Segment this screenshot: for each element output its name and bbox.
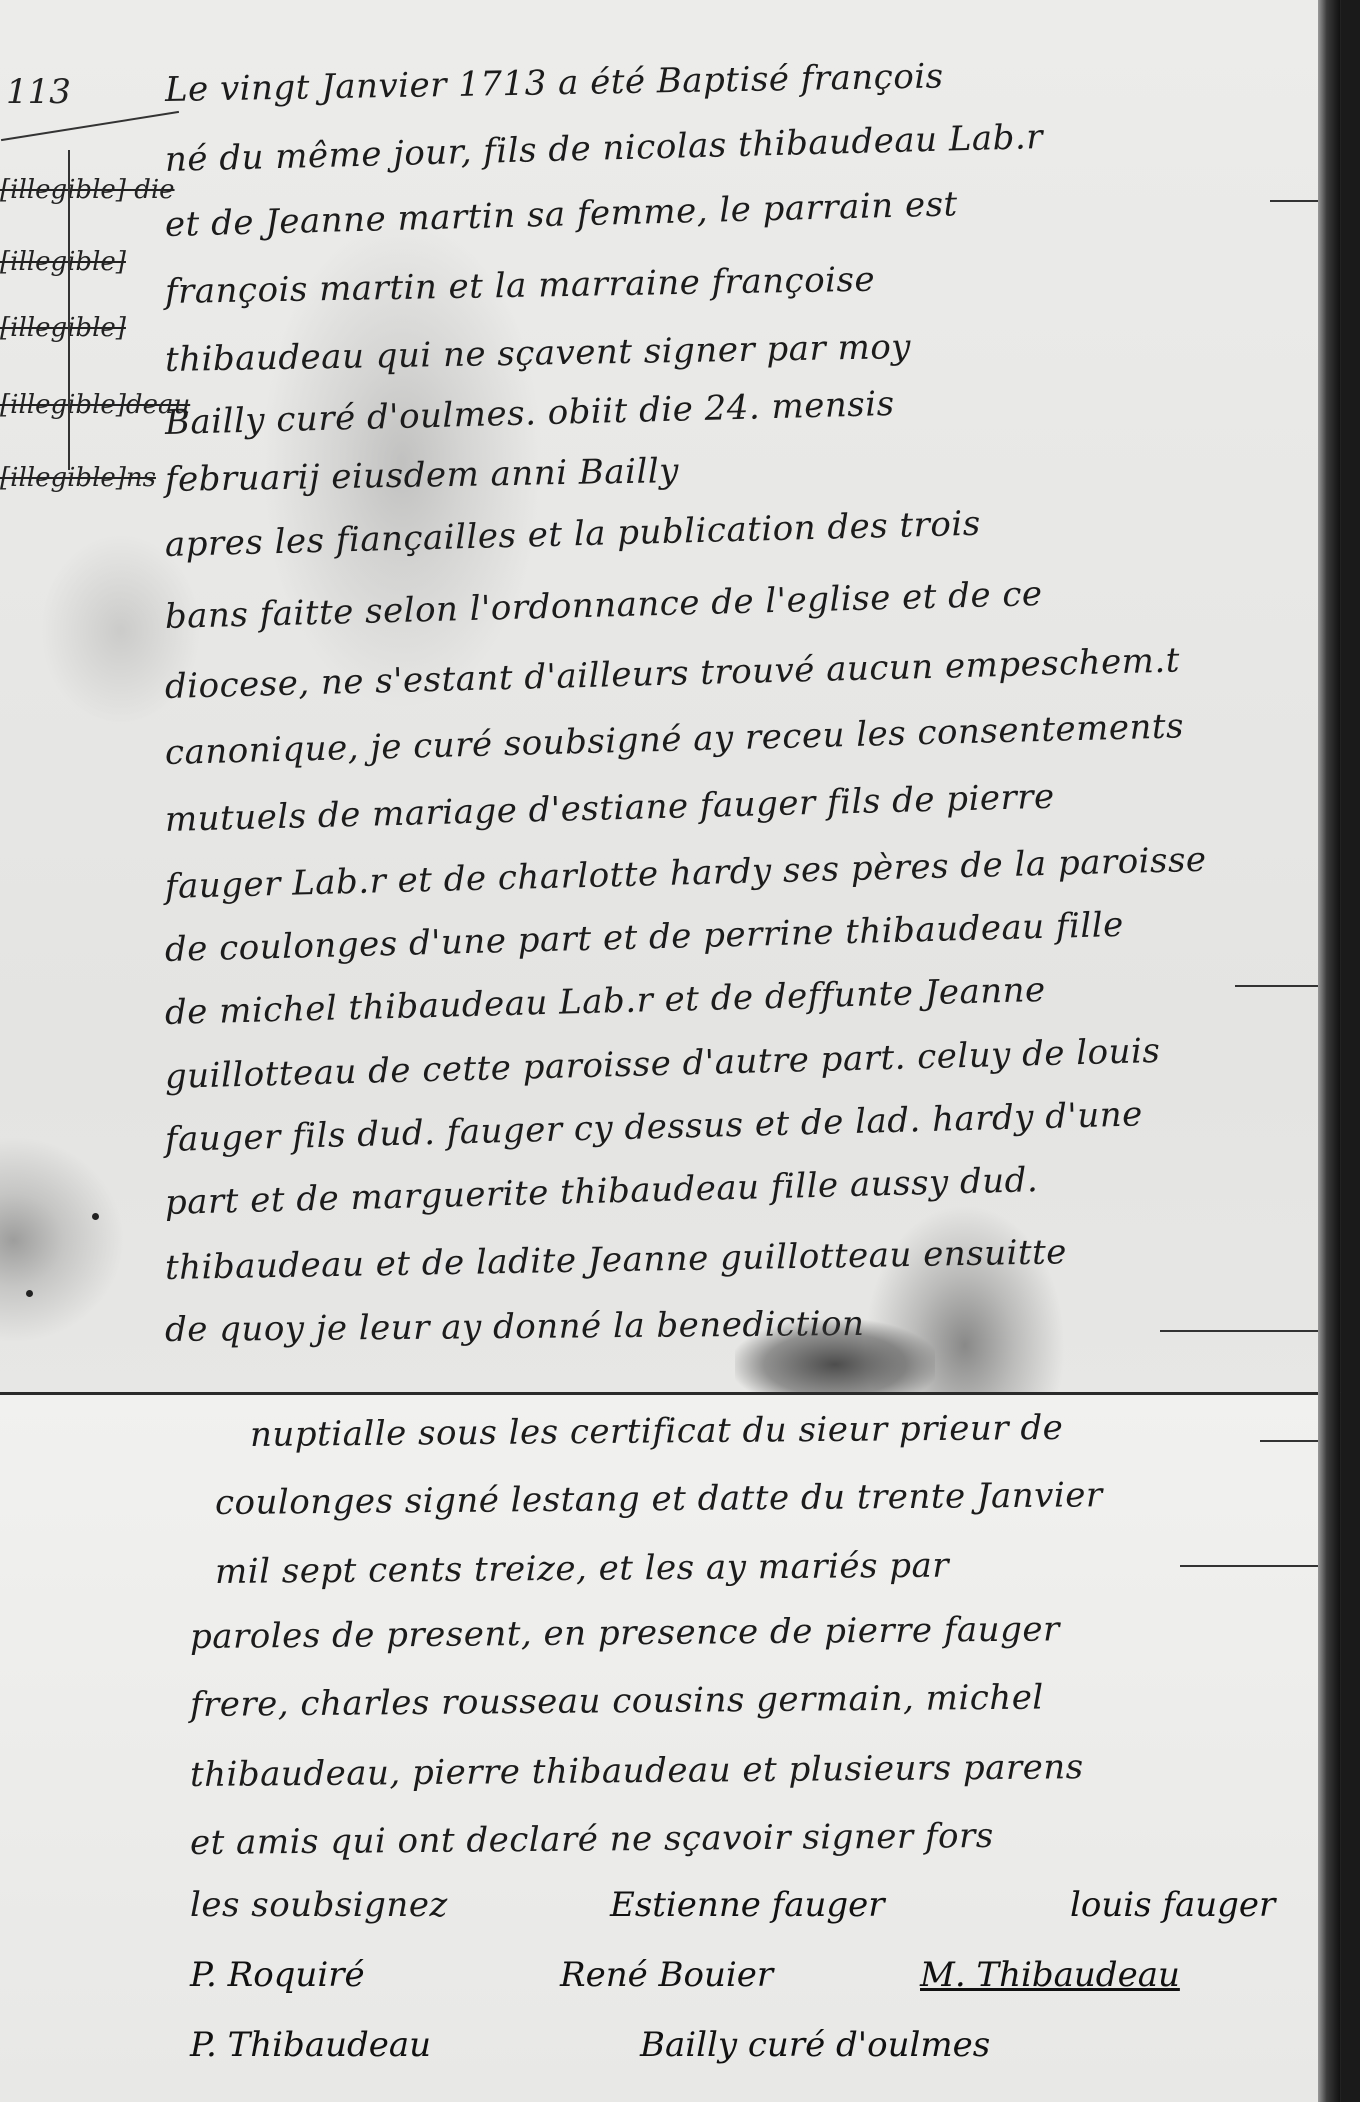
line-filler-rule <box>1180 1565 1330 1567</box>
marriage-continuation-line-1: nuptialle sous les certificat du sieur p… <box>250 1408 1064 1455</box>
marriage-line-11: part et de marguerite thibaudeau fille a… <box>164 1160 1038 1223</box>
line-filler-rule <box>1160 1330 1330 1332</box>
marriage-line-2: bans faitte selon l'ordonnance de l'egli… <box>164 574 1043 637</box>
line-filler-rule <box>1235 985 1330 987</box>
baptism-line-3: et de Jeanne martin sa femme, le parrain… <box>164 184 958 245</box>
marriage-line-7: de coulonges d'une part et de perrine th… <box>164 905 1124 970</box>
marriage-continuation-line-3: mil sept cents treize, et les ay mariés … <box>215 1546 949 1592</box>
lower-sheet: nuptialle sous les certificat du sieur p… <box>0 1392 1341 2102</box>
marriage-continuation-line-6: thibaudeau, pierre thibaudeau et plusieu… <box>190 1747 1084 1795</box>
baptism-line-7: februarij eiusdem anni Bailly <box>165 451 680 500</box>
marriage-continuation-line-4: paroles de present, en presence de pierr… <box>190 1609 1060 1657</box>
marriage-line-8: de michel thibaudeau Lab.r et de deffunt… <box>164 970 1046 1033</box>
margin-note-2: [illegible] <box>0 247 126 277</box>
baptism-line-6: Bailly curé d'oulmes. obiit die 24. mens… <box>164 384 895 443</box>
signature-bailly-cure: Bailly curé d'oulmes <box>640 2025 990 2065</box>
baptism-line-2: né du même jour, fils de nicolas thibaud… <box>164 117 1043 180</box>
marriage-continuation-line-5: frere, charles rousseau cousins germain,… <box>190 1678 1044 1725</box>
ink-dot <box>92 1213 99 1220</box>
signature-m-thibaudeau: M. Thibaudeau <box>920 1955 1180 1995</box>
entry-number: 113 <box>6 72 71 112</box>
marriage-line-9: guillotteau de cette paroisse d'autre pa… <box>164 1031 1160 1097</box>
margin-rule <box>1 111 179 141</box>
marriage-continuation-line-7: et amis qui ont declaré ne sçavoir signe… <box>190 1816 994 1863</box>
signature-roquire: P. Roquiré <box>190 1955 365 1995</box>
signature-p-thibaudeau: P. Thibaudeau <box>190 2025 431 2065</box>
margin-crossout-line <box>68 150 70 470</box>
signature-estienne-fauger: Estienne fauger <box>610 1885 885 1925</box>
marriage-line-10: fauger fils dud. fauger cy dessus et de … <box>164 1094 1143 1160</box>
upper-sheet: 113 [illegible] die [illegible] [illegib… <box>0 0 1341 1392</box>
baptism-line-1: Le vingt Janvier 1713 a été Baptisé fran… <box>165 56 944 110</box>
book-binding-edge <box>1318 0 1340 2102</box>
marriage-line-12: thibaudeau et de ladite Jeanne guillotte… <box>165 1232 1068 1288</box>
marriage-continuation-line-2: coulonges signé lestang et datte du tren… <box>215 1475 1103 1523</box>
marriage-line-3: diocese, ne s'estant d'ailleurs trouvé a… <box>164 640 1180 707</box>
ink-stain <box>735 1320 935 1394</box>
marriage-line-6: fauger Lab.r et de charlotte hardy ses p… <box>164 840 1207 907</box>
margin-note-4: [illegible]deau <box>0 390 190 420</box>
marriage-continuation-line-8: les soubsignez <box>190 1885 448 1925</box>
margin-note-3: [illegible] <box>0 313 126 343</box>
ink-dot <box>26 1290 33 1297</box>
signature-rene-bouier: René Bouier <box>560 1955 773 1995</box>
margin-note-5: [illegible]ns <box>0 463 156 493</box>
signature-louis-fauger: louis fauger <box>1070 1885 1275 1925</box>
margin-note-1: [illegible] die <box>0 175 175 205</box>
marriage-line-5: mutuels de mariage d'estiane fauger fils… <box>164 777 1055 840</box>
baptism-line-4: françois martin et la marraine françoise <box>165 260 876 312</box>
baptism-line-5: thibaudeau qui ne sçavent signer par moy <box>165 327 912 380</box>
register-page: 113 [illegible] die [illegible] [illegib… <box>0 0 1340 2102</box>
marriage-line-1: apres les fiançailles et la publication … <box>164 504 981 565</box>
marriage-line-4: canonique, je curé soubsigné ay receu le… <box>164 706 1184 773</box>
